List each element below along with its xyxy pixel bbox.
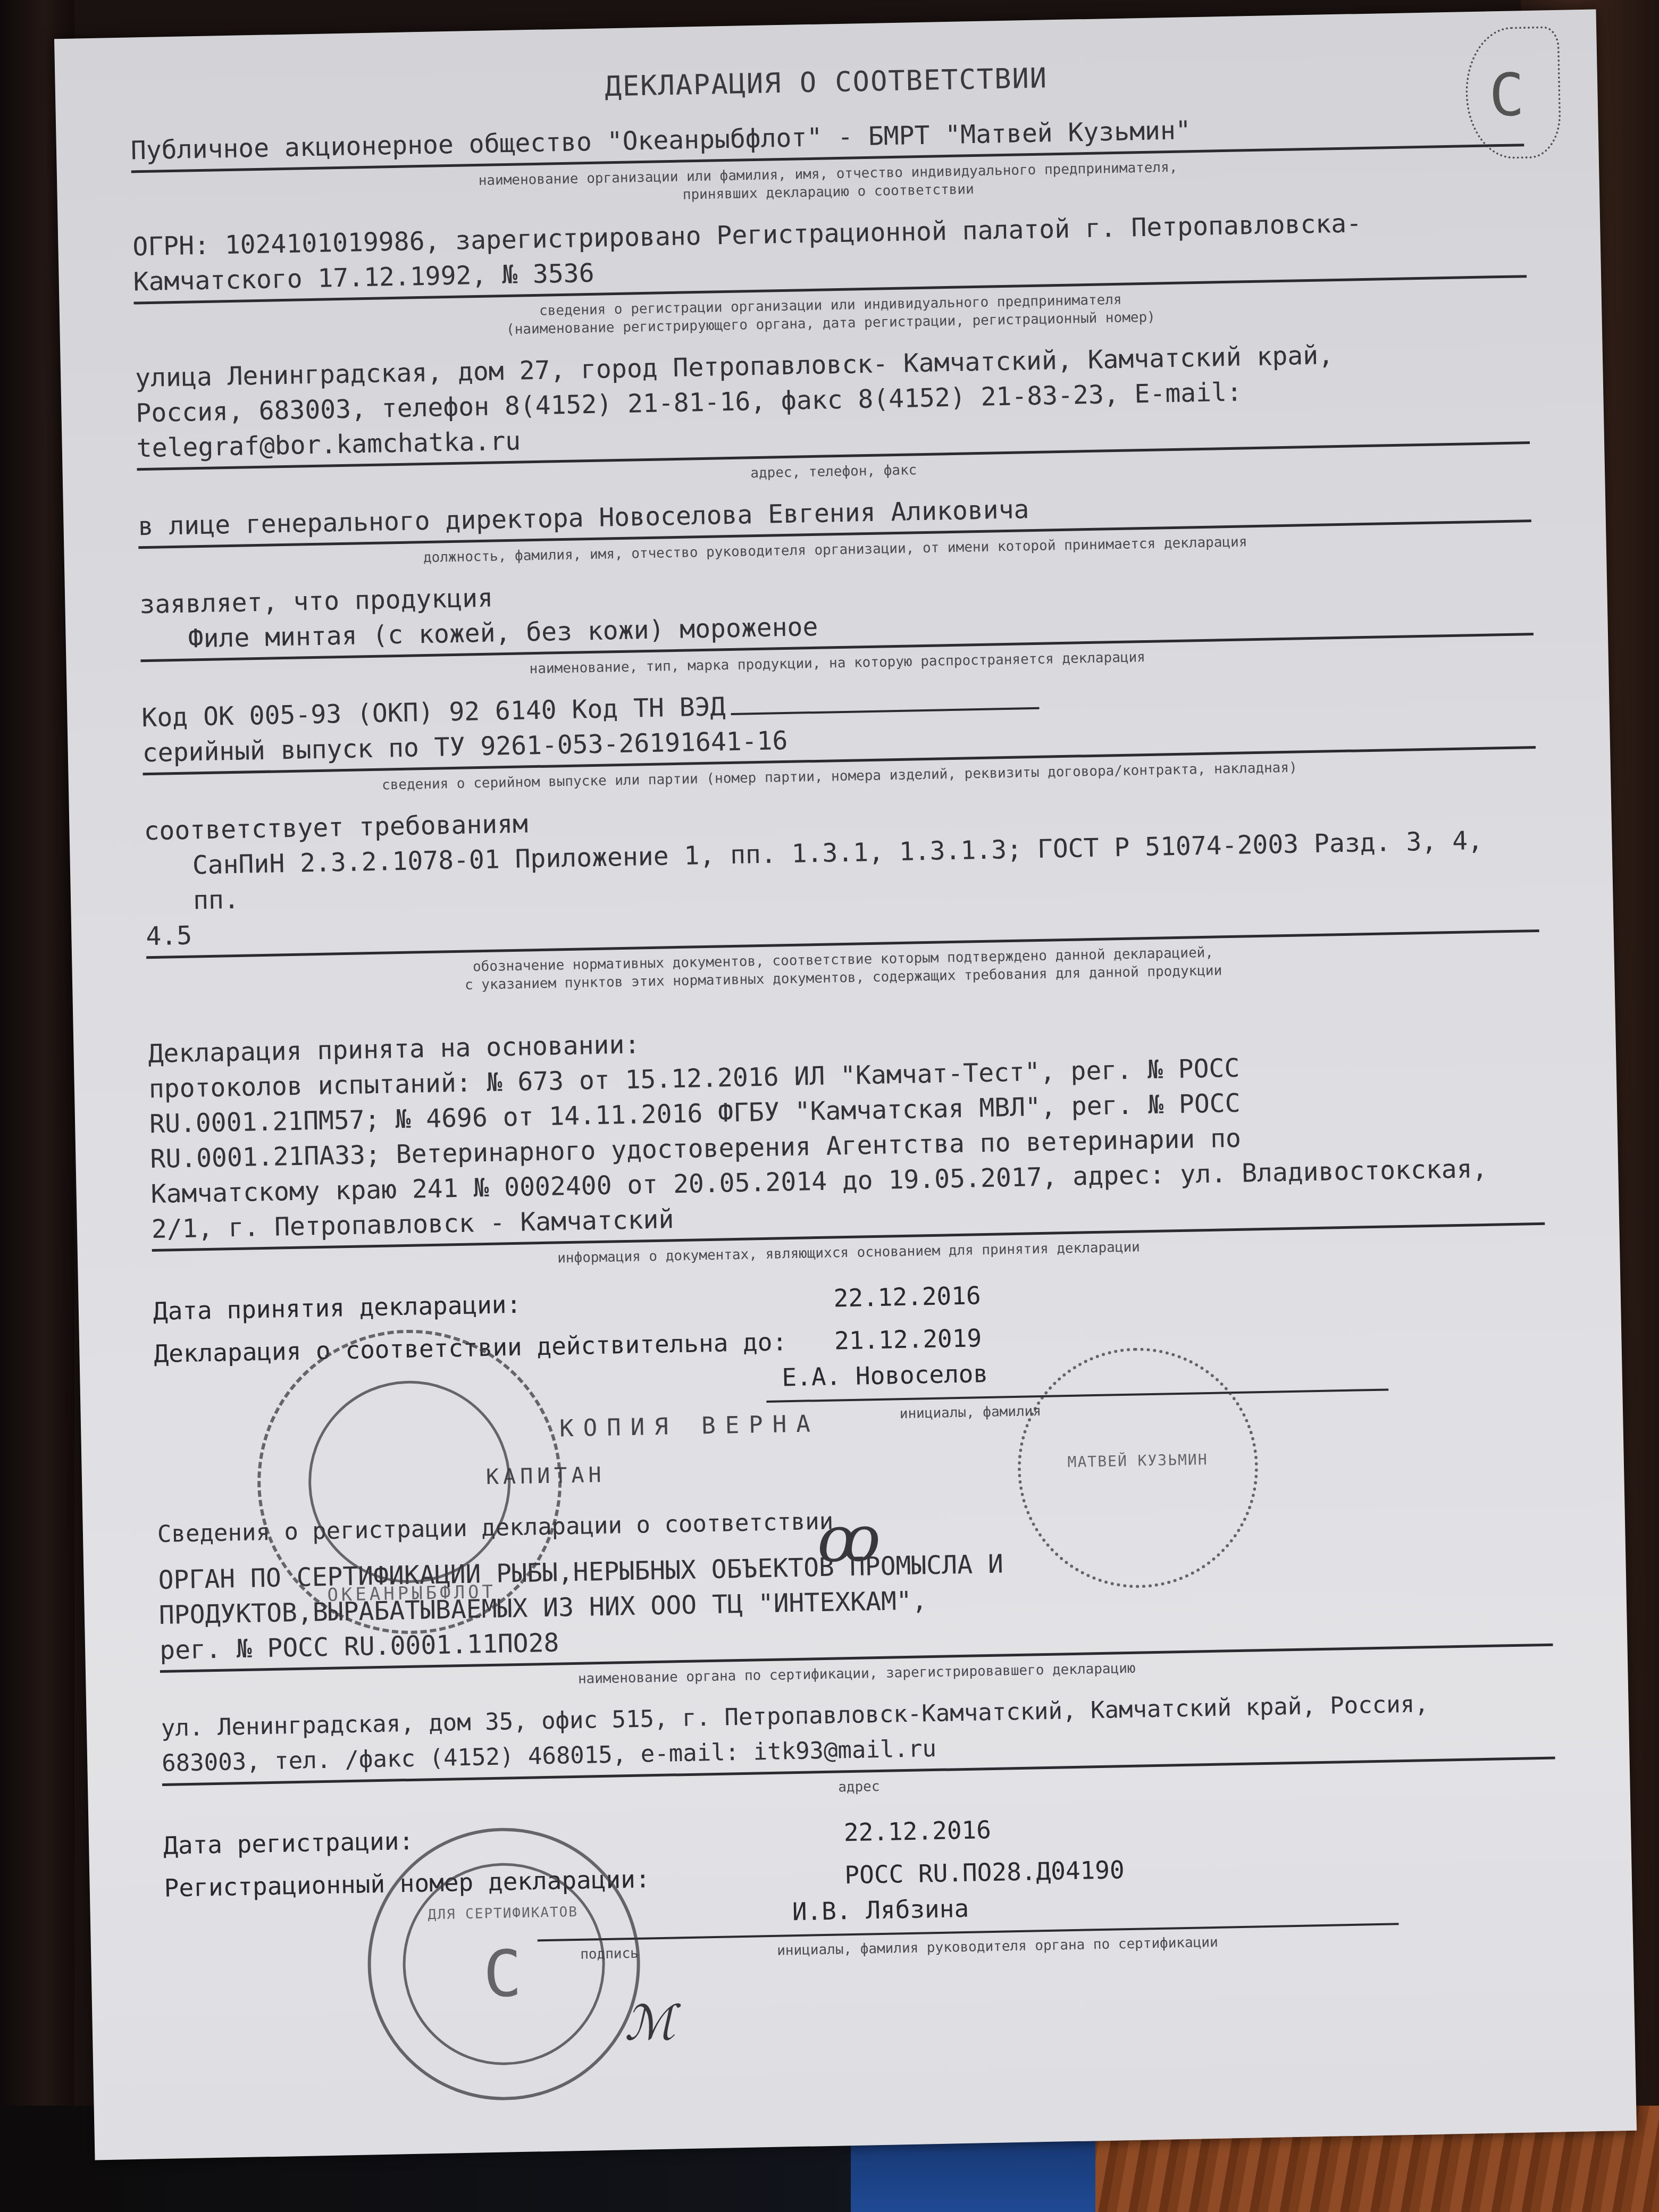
ship-stamp-text: МАТВЕЙ КУЗЬМИН <box>1020 1449 1255 1471</box>
tn-ved-blank <box>731 707 1040 715</box>
cert-head-caption: инициалы, фамилия руководителя органа по… <box>777 1934 1218 1959</box>
cert-stamp-letter: С <box>371 1935 638 2014</box>
cert-head-signature: ℳ <box>624 1995 676 2051</box>
document-title: ДЕКЛАРАЦИЯ О СООТВЕТСТВИИ <box>129 53 1523 112</box>
cert-head-name: И.В. Лябзина <box>792 1894 969 1926</box>
document-body: ДЕКЛАРАЦИЯ О СООТВЕТСТВИИ Публичное акци… <box>129 32 1559 1957</box>
declaration-sheet: C ДЕКЛАРАЦИЯ О СООТВЕТСТВИИ Публичное ак… <box>54 10 1637 2160</box>
cert-stamp-text: ДЛЯ СЕРТИФИКАТОВ <box>370 1903 636 1924</box>
signatory-caption: инициалы, фамилия <box>900 1403 1042 1422</box>
signatory-name: Е.А. Новоселов <box>782 1359 988 1392</box>
director-signature: ꝏ <box>816 1502 882 1577</box>
